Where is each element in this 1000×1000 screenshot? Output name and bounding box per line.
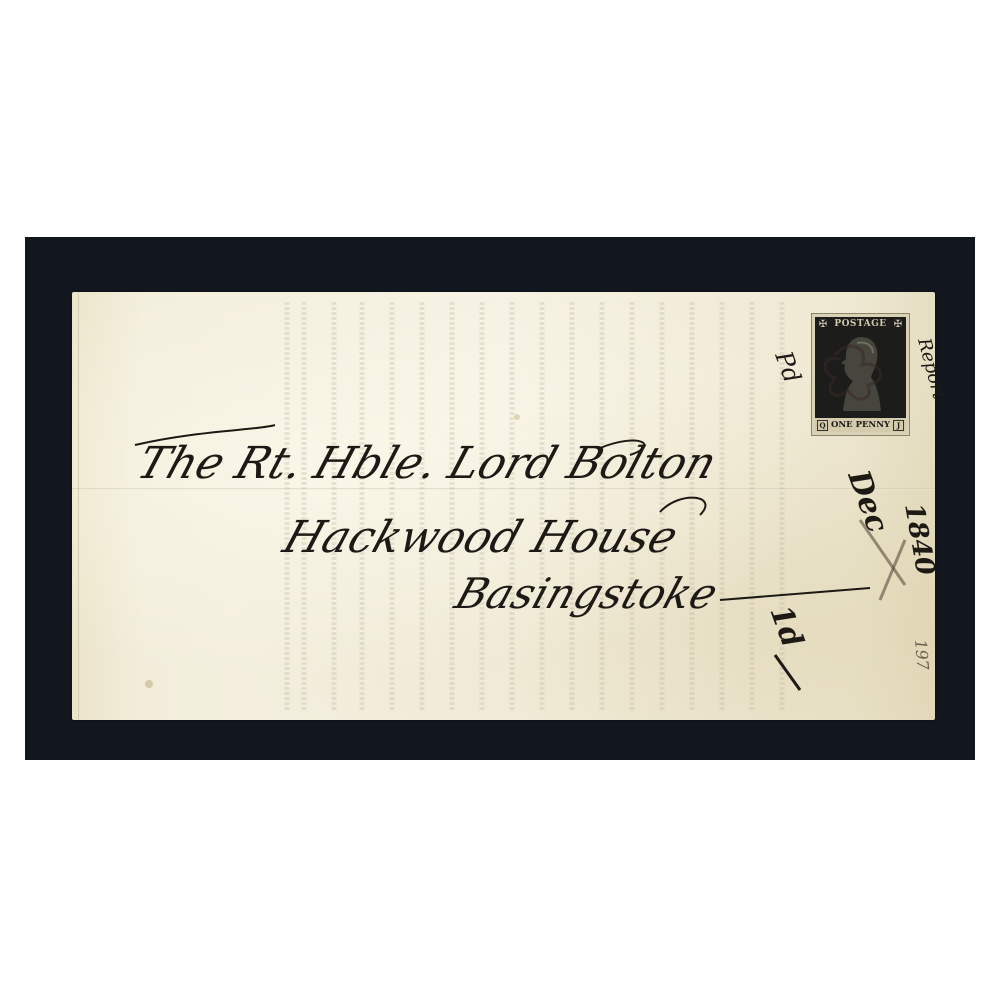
annotation-report: Report	[913, 335, 950, 402]
handwriting-layer: The Rt. Hble. Lord Bolton Hackwood House…	[0, 0, 1000, 1000]
annotation-paid: Pd	[769, 347, 806, 387]
annotation-year: 1840	[898, 501, 940, 577]
annotation-rate: 1d	[762, 601, 809, 652]
annotation-pencil-number: 197	[911, 639, 933, 672]
address-line-3: Basingstoke	[448, 570, 724, 619]
address-line-1: The Rt. Hble. Lord Bolton	[131, 437, 723, 489]
address-line-2: Hackwood House	[276, 511, 684, 563]
annotation-date: Dec	[840, 465, 895, 537]
